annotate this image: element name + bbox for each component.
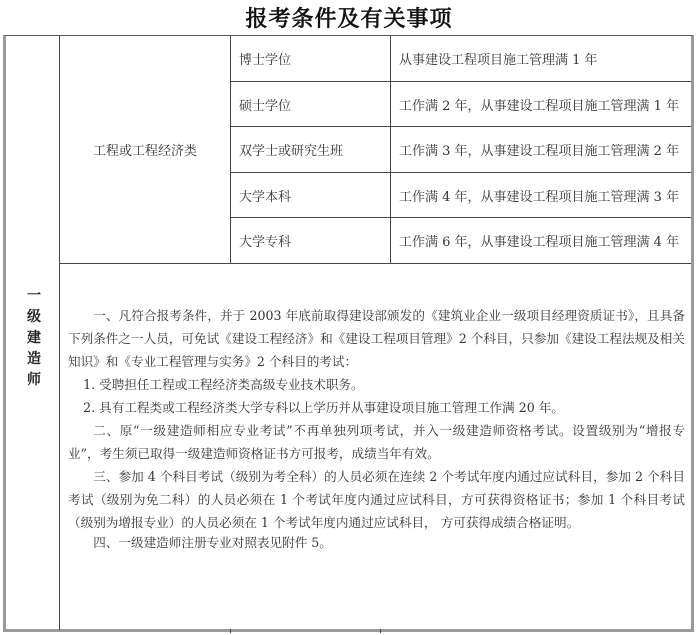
- requirement-text: 工作满 3 年，从事建设工程项目施工管理满 2 年: [399, 140, 679, 159]
- note-paragraph: 四、一级建造师注册专业对照表见附件 5。: [68, 534, 685, 551]
- notes-cell: 一、凡符合报考条件，并于 2003 年底前取得建设部颁发的《建筑业企业一级项目经…: [60, 264, 691, 551]
- note-paragraph: 三、参加 4 个科目考试（级别为考全科）的人员必须在连续 2 个考试年度内通过应…: [68, 465, 685, 534]
- page-title: 报考条件及有关事项: [0, 2, 698, 33]
- degree-label: 大学本科: [239, 186, 291, 205]
- note-paragraph: 二、原“一级建造师相应专业考试”不再单独列项考试，并入一级建造师资格考试。设置级…: [68, 419, 685, 465]
- degree-cell: 硕士学位: [231, 82, 390, 126]
- requirement-text: 工作满 2 年，从事建设工程项目施工管理满 1 年: [399, 95, 679, 114]
- requirement-text: 从事建设工程项目施工管理满 1 年: [399, 49, 598, 68]
- side-label-char: 建: [27, 328, 41, 349]
- degree-label: 博士学位: [239, 49, 291, 68]
- category-label: 工程或工程经济类: [93, 140, 197, 159]
- note-list-item: 2. 具有工程类或工程经济类大学专科以上学历并从事建设项目施工管理工作满 20 …: [68, 396, 685, 419]
- requirement-cell: 工作满 4 年，从事建设工程项目施工管理满 3 年: [391, 173, 691, 217]
- degree-label: 双学士或研究生班: [239, 140, 343, 159]
- requirement-cell: 工作满 3 年，从事建设工程项目施工管理满 2 年: [391, 127, 691, 172]
- degree-cell: 双学士或研究生班: [231, 127, 390, 172]
- side-label-char: 师: [27, 370, 41, 391]
- note-paragraph: 一、凡符合报考条件，并于 2003 年底前取得建设部颁发的《建筑业企业一级项目经…: [68, 304, 685, 373]
- requirements-table: 工程或工程经济类 博士学位 从事建设工程项目施工管理满 1 年 硕士学位 工作满…: [3, 35, 694, 632]
- degree-cell: 大学本科: [231, 173, 390, 217]
- side-label-char: 级: [27, 307, 41, 328]
- side-label-char: 一: [27, 286, 41, 307]
- category-cell: 工程或工程经济类: [60, 36, 230, 263]
- requirement-text: 工作满 6 年，从事建设工程项目施工管理满 4 年: [399, 231, 679, 250]
- note-list-item: 1. 受聘担任工程或工程经济类高级专业技术职务。: [68, 373, 685, 396]
- side-label-char: 造: [27, 349, 41, 370]
- degree-cell: 大学专科: [231, 218, 390, 263]
- requirement-cell: 从事建设工程项目施工管理满 1 年: [391, 36, 691, 81]
- qualification-level-label: 一 级 建 造 师: [6, 286, 62, 391]
- requirement-cell: 工作满 2 年，从事建设工程项目施工管理满 1 年: [391, 82, 691, 126]
- divider: [380, 629, 381, 633]
- degree-label: 大学专科: [239, 231, 291, 250]
- requirement-cell: 工作满 6 年，从事建设工程项目施工管理满 4 年: [391, 218, 691, 263]
- divider: [230, 629, 231, 633]
- degree-label: 硕士学位: [239, 95, 291, 114]
- degree-cell: 博士学位: [231, 36, 390, 81]
- requirement-text: 工作满 4 年，从事建设工程项目施工管理满 3 年: [399, 186, 679, 205]
